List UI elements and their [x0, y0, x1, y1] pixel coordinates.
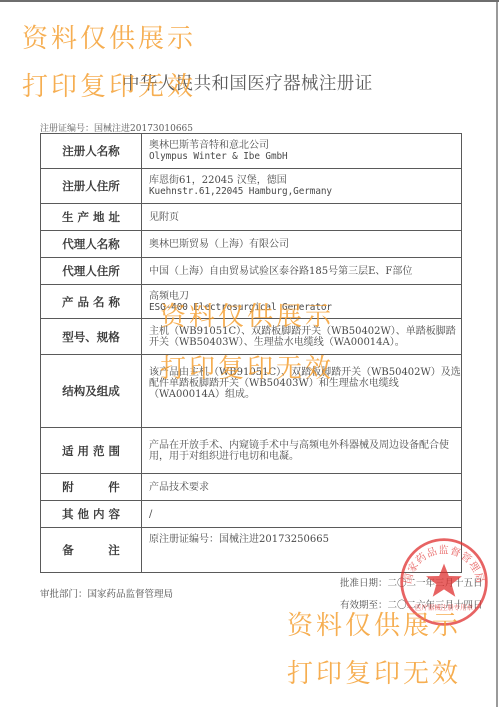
registrant-name-cn: 奥林巴斯苇音特和意北公司 — [149, 140, 461, 151]
valid-until-date: 有效期至：二〇二六年三月十四日 — [340, 597, 483, 611]
row-label: 注册人住所 — [41, 169, 142, 204]
row-value: 产品在开放手术、内窥镜手术中与高频电外科器械及周边设备配合使用，用于对组织进行电… — [142, 428, 462, 474]
row-value: / — [142, 501, 462, 528]
agent-address: 中国（上海）自由贸易试验区泰谷路185号第三层E、F部位 — [149, 266, 461, 277]
row-value: 该产品由主机（WB91051C）、双踏板脚踏开关（WB50402W）及选配件单踏… — [142, 355, 462, 428]
row-value: 奥林巴斯苇音特和意北公司 Olympus Winter & Ibe GmbH — [142, 134, 462, 169]
row-label: 代理人住所 — [41, 258, 142, 285]
table-row-remarks: 备 注 原注册证编号：国械注进20173250665 — [41, 528, 462, 573]
production-address: 见附页 — [149, 212, 461, 223]
row-value: 中国（上海）自由贸易试验区泰谷路185号第三层E、F部位 — [142, 258, 462, 285]
registrant-name-en: Olympus Winter & Ibe GmbH — [149, 151, 461, 162]
table-row-agent-address: 代理人住所 中国（上海）自由贸易试验区泰谷路185号第三层E、F部位 — [41, 258, 462, 285]
watermark-top-line1: 资料仅供展示 — [22, 18, 196, 55]
row-label: 适 用 范 围 — [41, 428, 142, 474]
row-label: 备 注 — [41, 528, 142, 573]
registrant-address-en: Kuehnstr.61,22045 Hamburg,Germany — [149, 186, 461, 197]
row-label: 代理人名称 — [41, 231, 142, 258]
table-row-attachment: 附 件 产品技术要求 — [41, 474, 462, 501]
row-label: 生 产 地 址 — [41, 204, 142, 231]
certificate-table: 注册人名称 奥林巴斯苇音特和意北公司 Olympus Winter & Ibe … — [40, 133, 462, 573]
structure-composition: 该产品由主机（WB91051C）、双踏板脚踏开关（WB50402W）及选配件单踏… — [149, 367, 461, 400]
row-label: 注册人名称 — [41, 134, 142, 169]
row-value: 主机（WB91051C）、双踏板脚踏开关（WB50402W）、单踏板脚踏开关（W… — [142, 319, 462, 355]
watermark-bottom-line2: 打印复印无效 — [287, 653, 461, 690]
approval-department: 审批部门：国家药品监督管理局 — [40, 586, 173, 600]
table-row-registrant-name: 注册人名称 奥林巴斯苇音特和意北公司 Olympus Winter & Ibe … — [41, 134, 462, 169]
table-row-product-name: 产 品 名 称 高频电刀 ESG-400 Electrosurgical Gen… — [41, 285, 462, 319]
approval-date: 批准日期：二〇二一年三月十五日 — [340, 575, 483, 589]
table-row-model-spec: 型号、规格 主机（WB91051C）、双踏板脚踏开关（WB50402W）、单踏板… — [41, 319, 462, 355]
page-top-edge — [0, 0, 499, 2]
application-scope: 产品在开放手术、内窥镜手术中与高频电外科器械及周边设备配合使用，用于对组织进行电… — [149, 440, 461, 462]
table-row-other: 其 他 内 容 / — [41, 501, 462, 528]
other-content: / — [149, 509, 461, 520]
certificate-title: 中华人民共和国医疗器械注册证 — [122, 70, 382, 95]
row-value: 产品技术要求 — [142, 474, 462, 501]
table-row-production-address: 生 产 地 址 见附页 — [41, 204, 462, 231]
row-label: 产 品 名 称 — [41, 285, 142, 319]
row-label: 其 他 内 容 — [41, 501, 142, 528]
row-label: 附 件 — [41, 474, 142, 501]
product-name-en: ESG-400 Electrosurgical Generator — [149, 302, 461, 313]
row-label: 结构及组成 — [41, 355, 142, 428]
agent-name: 奥林巴斯贸易（上海）有限公司 — [149, 239, 461, 250]
remarks: 原注册证编号：国械注进20173250665 — [149, 534, 461, 545]
row-value: 见附页 — [142, 204, 462, 231]
table-row-structure: 结构及组成 该产品由主机（WB91051C）、双踏板脚踏开关（WB50402W）… — [41, 355, 462, 428]
table-row-agent-name: 代理人名称 奥林巴斯贸易（上海）有限公司 — [41, 231, 462, 258]
page-right-edge — [496, 2, 498, 707]
table-row-scope: 适 用 范 围 产品在开放手术、内窥镜手术中与高频电外科器械及周边设备配合使用，… — [41, 428, 462, 474]
attachment: 产品技术要求 — [149, 482, 461, 493]
product-name-cn: 高频电刀 — [149, 291, 461, 302]
registrant-address-cn: 库恩街61，22045 汉堡，德国 — [149, 175, 461, 186]
row-value: 库恩街61，22045 汉堡，德国 Kuehnstr.61,22045 Hamb… — [142, 169, 462, 204]
model-spec: 主机（WB91051C）、双踏板脚踏开关（WB50402W）、单踏板脚踏开关（W… — [149, 326, 461, 348]
row-label: 型号、规格 — [41, 319, 142, 355]
row-value: 原注册证编号：国械注进20173250665 — [142, 528, 462, 573]
table-row-registrant-address: 注册人住所 库恩街61，22045 汉堡，德国 Kuehnstr.61,2204… — [41, 169, 462, 204]
row-value: 高频电刀 ESG-400 Electrosurgical Generator — [142, 285, 462, 319]
row-value: 奥林巴斯贸易（上海）有限公司 — [142, 231, 462, 258]
